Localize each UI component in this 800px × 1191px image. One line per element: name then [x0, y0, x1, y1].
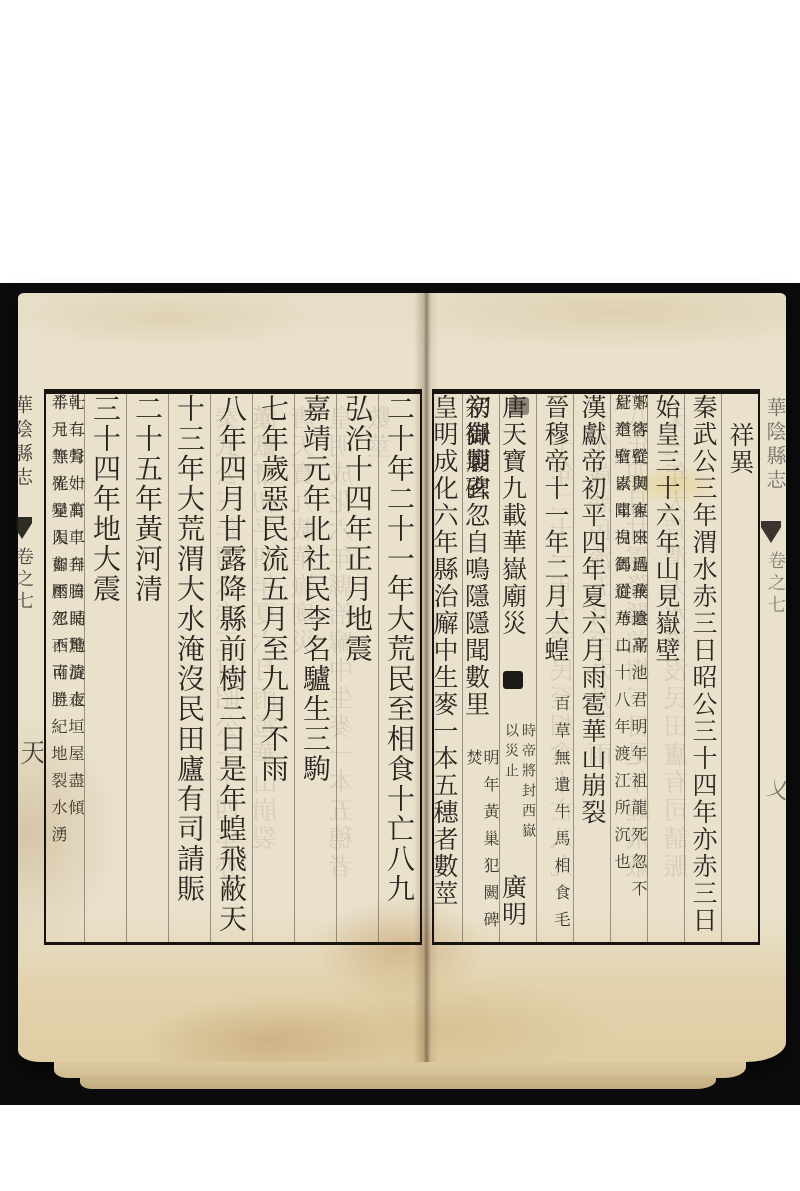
handwritten-leaf-mark: 乂	[759, 774, 787, 803]
column-text: 十三年大荒渭大水淹沒民田廬有司請賑	[173, 394, 206, 904]
annotation-left: 以災止	[502, 723, 519, 843]
text-column: 八年四月甘露降縣前樹三日是年蝗飛蔽天	[211, 394, 253, 942]
annotation: 時帝將封西嶽 以災止	[502, 723, 536, 843]
column-text: 始皇三十六年山見嶽壁	[652, 394, 681, 664]
annotation-right: 明年黃巢犯闕碑	[482, 749, 499, 938]
banxin-volume: 卷之七	[762, 551, 787, 617]
annotation-left: 見奉壁以聞視御道乃二十八年渡江所沉也	[613, 394, 630, 907]
text-column: 始皇三十六年山見嶽壁 鄭客從関東來過華陰平 舒道有素車白馬從華山	[648, 394, 685, 942]
column-text: 晉穆帝十一年二月大蝗	[541, 394, 570, 664]
text-column: 二十年二十一年大荒民至相食十亡八九	[379, 394, 420, 942]
annotation-column: 乹有聲如萬車奔騰民驚潰走垣屋盡傾 希元等罹變人畜壓死不可勝紀地裂水湧	[43, 394, 85, 942]
text-column: 皇明成化六年縣治廨中生麥一本五穗者數莖	[426, 394, 463, 942]
banxin-title: 華陰縣志	[16, 395, 36, 491]
annotation: 百草無遺牛馬相食毛	[553, 695, 570, 938]
text-column: 二十五年黃河清	[127, 394, 169, 942]
banxin-volume: 卷之七	[16, 547, 36, 613]
column-text: 二十年二十一年大荒民至相食十亡八九	[383, 394, 416, 904]
text-column: 七年歲惡民流五月至九月不雨	[253, 394, 295, 942]
annotation: 明年黃巢犯闕碑 焚	[465, 749, 499, 938]
page-right-frame: 祥異 秦武公三年渭水赤三日昭公三十四年亦赤三日 始皇三十六年山見嶽壁 鄭客從関東…	[432, 389, 760, 945]
column-text: 七年歲惡民流五月至九月不雨	[257, 394, 290, 784]
column-text: 秦武公三年渭水赤三日昭公三十四年亦赤三日	[689, 394, 718, 934]
annotation: 下待壁與客曰爲我遺高池君明年祖龍死忽不 見奉壁以聞視御道乃二十八年渡江所沉也	[613, 394, 647, 907]
banxin-left: 華陰縣志 卷之七 天	[16, 389, 43, 937]
column-text: 嘉靖元年北社民李名驢生三駒	[299, 394, 332, 784]
fishtail-icon	[761, 521, 781, 543]
screenshot-stage: 二十年二十一年大荒民至相食十亡八九 七年歲惡民流五月至九月不雨 八年四月甘露降縣…	[0, 0, 800, 1191]
text-column: 宗御製碑忽自鳴隱隱聞數里 明年黃巢犯闕碑 焚	[463, 394, 500, 942]
annotation-right: 下待壁與客曰爲我遺高池君明年祖龍死忽不	[630, 394, 647, 907]
fishtail-icon	[16, 517, 32, 539]
text-column: 唐天寶九載華嶽廟災 時帝將封西嶽 以災止 廣明初嶽廟玄	[500, 394, 537, 942]
text-column: 十三年大荒渭大水淹沒民田廬有司請賑	[169, 394, 211, 942]
text-column: 嘉靖元年北社民李名驢生三駒	[295, 394, 337, 942]
column-text: 弘治十四年正月地震	[341, 394, 374, 664]
column-text: 皇明成化六年縣治廨中生麥一本五穗者數莖	[430, 394, 459, 907]
banxin-title: 華陰縣志	[761, 397, 787, 493]
page-stack-edge	[80, 1076, 716, 1089]
column-text: 三十四年地大震	[89, 394, 122, 604]
text-column: 晉穆帝十一年二月大蝗 百草無遺牛馬相食毛	[537, 394, 574, 942]
column-text: 宗御製碑忽自鳴隱隱聞數里	[462, 394, 491, 718]
section-title: 祥異	[726, 422, 755, 476]
annotation-left: 焚	[465, 749, 482, 938]
column-text: 漢獻帝初平四年夏六月雨雹華山崩裂	[578, 394, 607, 826]
section-heading-column: 祥異	[722, 394, 758, 970]
column-text: 唐天寶九載華嶽廟災	[499, 394, 528, 637]
column-text: 八年四月甘露降縣前樹三日是年蝗飛蔽天	[215, 394, 248, 934]
ink-blot	[503, 671, 523, 689]
banxin-right: 華陰縣志 卷之七 乂	[757, 389, 787, 937]
annotation-left: 希元等罹變人畜壓死不可勝紀地裂水湧	[50, 394, 67, 853]
text-column: 漢獻帝初平四年夏六月雨雹華山崩裂	[574, 394, 611, 942]
text-column: 弘治十四年正月地震	[337, 394, 379, 942]
annotation-right: 時帝將封西嶽	[519, 723, 536, 843]
annotation: 乹有聲如萬車奔騰民驚潰走垣屋盡傾 希元等罹變人畜壓死不可勝紀地裂水湧	[50, 394, 84, 853]
column-text: 二十五年黃河清	[131, 394, 164, 604]
page-left-frame: 二十年二十一年大荒民至相食十亡八九 弘治十四年正月地震 嘉靖元年北社民李名驢生三…	[44, 389, 422, 945]
leaf-mark: 天	[16, 739, 43, 765]
text-column: 三十四年地大震 十二月十有二日日晡地旋夜 半月無光星隕如雨忽西南且	[85, 394, 127, 942]
annotation-single: 百草無遺牛馬相食毛	[553, 695, 570, 938]
annotation-column: 下待壁與客曰爲我遺高池君明年祖龍死忽不 見奉壁以聞視御道乃二十八年渡江所沉也	[611, 394, 648, 942]
annotation-right: 乹有聲如萬車奔騰民驚潰走垣屋盡傾	[67, 394, 84, 853]
text-column: 秦武公三年渭水赤三日昭公三十四年亦赤三日	[685, 394, 722, 942]
